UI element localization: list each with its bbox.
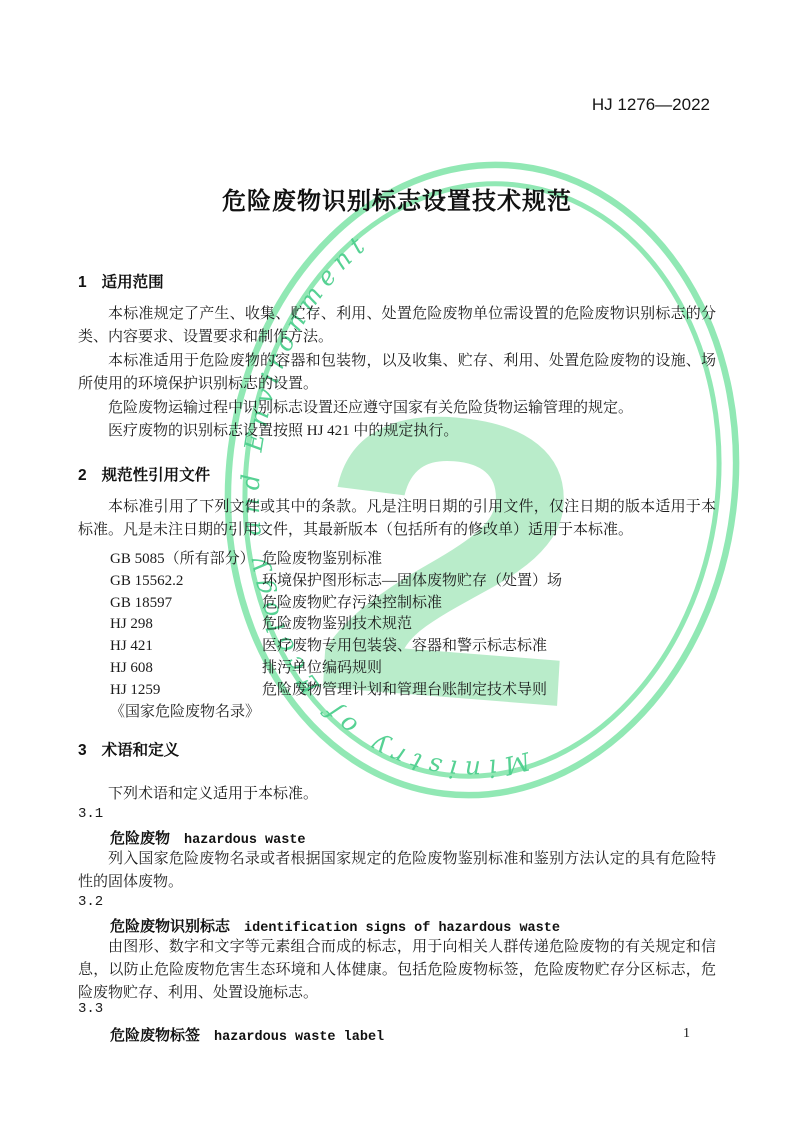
term-en: hazardous waste [184,833,306,848]
section-2-number: 2 [78,467,87,484]
reference-title [262,702,722,724]
reference-item: GB 5085（所有部分） 危险废物鉴别标准 [110,549,722,571]
reference-title: 环境保护图形标志—固体废物贮存（处置）场 [262,571,722,593]
reference-item: GB 18597 危险废物贮存污染控制标准 [110,593,722,615]
paragraph-scope-3: 危险废物运输过程中识别标志设置还应遵守国家有关危险货物运输管理的规定。 [78,397,716,420]
reference-title: 危险废物鉴别技术规范 [262,614,722,636]
section-3-number: 3 [78,742,87,759]
reference-item: HJ 298 危险废物鉴别技术规范 [110,614,722,636]
paragraph-terms-intro: 下列术语和定义适用于本标准。 [78,783,716,806]
paragraph-scope-1: 本标准规定了产生、收集、贮存、利用、处置危险废物单位需设置的危险废物识别标志的分… [78,303,716,350]
paragraph-references-intro: 本标准引用了下列文件或其中的条款。凡是注明日期的引用文件，仅注日期的版本适用于本… [78,496,716,543]
section-3-heading: 3术语和定义 [78,738,179,760]
reference-title: 危险废物管理计划和管理台账制定技术导则 [262,680,722,702]
reference-title: 医疗废物专用包装袋、容器和警示标志标准 [262,636,722,658]
term-definition: 由图形、数字和文字等元素组合而成的标志，用于向相关人群传递危险废物的有关规定和信… [78,936,716,1005]
reference-code: HJ 298 [110,614,262,636]
reference-item: 《国家危险废物名录》 [110,702,722,724]
document-page: 2 Ministry of Ecology and Environment HJ… [0,0,794,1123]
reference-title: 危险废物鉴别标准 [262,549,722,571]
section-2-heading: 2规范性引用文件 [78,463,210,485]
reference-title: 排污单位编码规则 [262,658,722,680]
reference-list: GB 5085（所有部分） 危险废物鉴别标准 GB 15562.2 环境保护图形… [110,549,722,723]
term-zh: 危险废物 [110,830,170,847]
term-heading: 危险废物识别标志identification signs of hazardou… [110,915,560,936]
doc-number: HJ 1276—2022 [0,95,710,115]
page-title: 危险废物识别标志设置技术规范 [0,181,794,216]
section-3-title: 术语和定义 [102,742,180,759]
reference-code: 《国家危险废物名录》 [110,702,262,724]
reference-item: GB 15562.2 环境保护图形标志—固体废物贮存（处置）场 [110,571,722,593]
term-number: 3.3 [78,1001,103,1017]
reference-code: HJ 1259 [110,680,262,702]
section-1-number: 1 [78,274,87,291]
reference-item: HJ 608 排污单位编码规则 [110,658,722,680]
page-number: 1 [683,1026,690,1042]
term-en: identification signs of hazardous waste [244,921,560,936]
reference-code: HJ 608 [110,658,262,680]
term-en: hazardous waste label [214,1030,384,1045]
term-heading: 危险废物标签hazardous waste label [110,1024,384,1045]
reference-code: GB 18597 [110,593,262,615]
term-zh: 危险废物识别标志 [110,918,230,935]
reference-code: GB 15562.2 [110,571,262,593]
section-2-title: 规范性引用文件 [102,467,211,484]
paragraph-scope-2: 本标准适用于危险废物的容器和包装物，以及收集、贮存、利用、处置危险废物的设施、场… [78,350,716,397]
reference-code: HJ 421 [110,636,262,658]
section-1-heading: 1适用范围 [78,270,164,292]
term-number: 3.1 [78,806,103,822]
term-heading: 危险废物hazardous waste [110,827,306,848]
reference-item: HJ 421 医疗废物专用包装袋、容器和警示标志标准 [110,636,722,658]
reference-item: HJ 1259 危险废物管理计划和管理台账制定技术导则 [110,680,722,702]
term-definition: 列入国家危险废物名录或者根据国家规定的危险废物鉴别标准和鉴别方法认定的具有危险特… [78,848,716,895]
section-1-title: 适用范围 [102,274,164,291]
term-zh: 危险废物标签 [110,1027,200,1044]
paragraph-scope-4: 医疗废物的识别标志设置按照 HJ 421 中的规定执行。 [78,420,716,443]
reference-title: 危险废物贮存污染控制标准 [262,593,722,615]
term-number: 3.2 [78,894,103,910]
reference-code: GB 5085（所有部分） [110,549,262,571]
